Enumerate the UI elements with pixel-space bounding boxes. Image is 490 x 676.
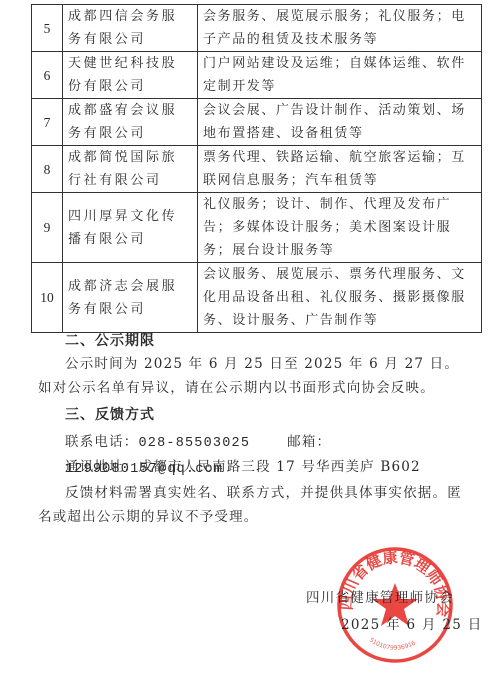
table-row: 9 四川厚昇文化传播有限公司 礼仪服务；设计、制作、代理及发布广告；多媒体设计服… <box>32 193 482 263</box>
business-scope: 票务代理、铁路运输、航空旅客运输；互联网信息服务；汽车租赁等 <box>198 146 482 193</box>
table-row: 6 天健世纪科技股份有限公司 门户网站建设及运维；自媒体运维、软件定制开发等 <box>32 52 482 99</box>
row-number: 8 <box>32 146 63 193</box>
row-number: 6 <box>32 52 63 99</box>
row-number: 7 <box>32 99 63 146</box>
business-scope: 会议服务、展览展示、票务代理服务、文化用品设备出租、礼仪服务、摄影摄像服务、设计… <box>198 263 482 333</box>
address-label: 通讯地址： <box>65 459 139 475</box>
row-number: 10 <box>32 263 63 333</box>
period-text: 公示时间为 2025 年 6 月 25 日至 2025 年 6 月 27 日。如… <box>38 352 468 400</box>
table-row: 8 成都简悦国际旅行社有限公司 票务代理、铁路运输、航空旅客运输；互联网信息服务… <box>32 146 482 193</box>
phone-label: 联系电话： <box>65 434 139 450</box>
company-name: 成都简悦国际旅行社有限公司 <box>63 146 198 193</box>
company-name: 成都济志会展服务有限公司 <box>63 263 198 333</box>
table-row: 5 成都四信会务服务有限公司 会务服务、展览展示服务；礼仪服务；电子产品的租赁及… <box>32 5 482 52</box>
feedback-note: 反馈材料需署真实姓名、联系方式，并提供具体事实依据。匿名或超出公示期的异议不予受… <box>38 481 468 529</box>
address-line: 通讯地址：成都市人民南路三段 17 号华西美庐 B602 <box>65 455 485 479</box>
svg-text:5101079936916: 5101079936916 <box>368 637 417 652</box>
row-number: 5 <box>32 5 63 52</box>
email-label: 邮箱： <box>287 434 331 450</box>
company-name: 四川厚昇文化传播有限公司 <box>63 193 198 263</box>
phone-number: 028-85503025 <box>139 436 251 451</box>
row-number: 9 <box>32 193 63 263</box>
business-scope: 会议会展、广告设计制作、活动策划、场地布置搭建、设备租赁等 <box>198 99 482 146</box>
business-scope: 门户网站建设及运维；自媒体运维、软件定制开发等 <box>198 52 482 99</box>
section-heading-feedback: 三、反馈方式 <box>65 403 490 427</box>
company-table: 5 成都四信会务服务有限公司 会务服务、展览展示服务；礼仪服务；电子产品的租赁及… <box>31 4 482 333</box>
company-name: 成都盛宥会议服务有限公司 <box>63 99 198 146</box>
signature-date: 2025 年 6 月 25 日 <box>341 613 483 633</box>
address-value: 成都市人民南路三段 17 号华西美庐 B602 <box>139 459 421 475</box>
table-row: 10 成都济志会展服务有限公司 会议服务、展览展示、票务代理服务、文化用品设备出… <box>32 263 482 333</box>
business-scope: 会务服务、展览展示服务；礼仪服务；电子产品的租赁及技术服务等 <box>198 5 482 52</box>
business-scope: 礼仪服务；设计、制作、代理及发布广告；多媒体设计服务；美术图案设计服务；展台设计… <box>198 193 482 263</box>
section-heading-period: 二、公示期限 <box>65 329 490 353</box>
table-row: 7 成都盛宥会议服务有限公司 会议会展、广告设计制作、活动策划、场地布置搭建、设… <box>32 99 482 146</box>
company-name: 天健世纪科技股份有限公司 <box>63 52 198 99</box>
signature-org: 四川省健康管理师协会 <box>306 586 454 606</box>
company-name: 成都四信会务服务有限公司 <box>63 5 198 52</box>
